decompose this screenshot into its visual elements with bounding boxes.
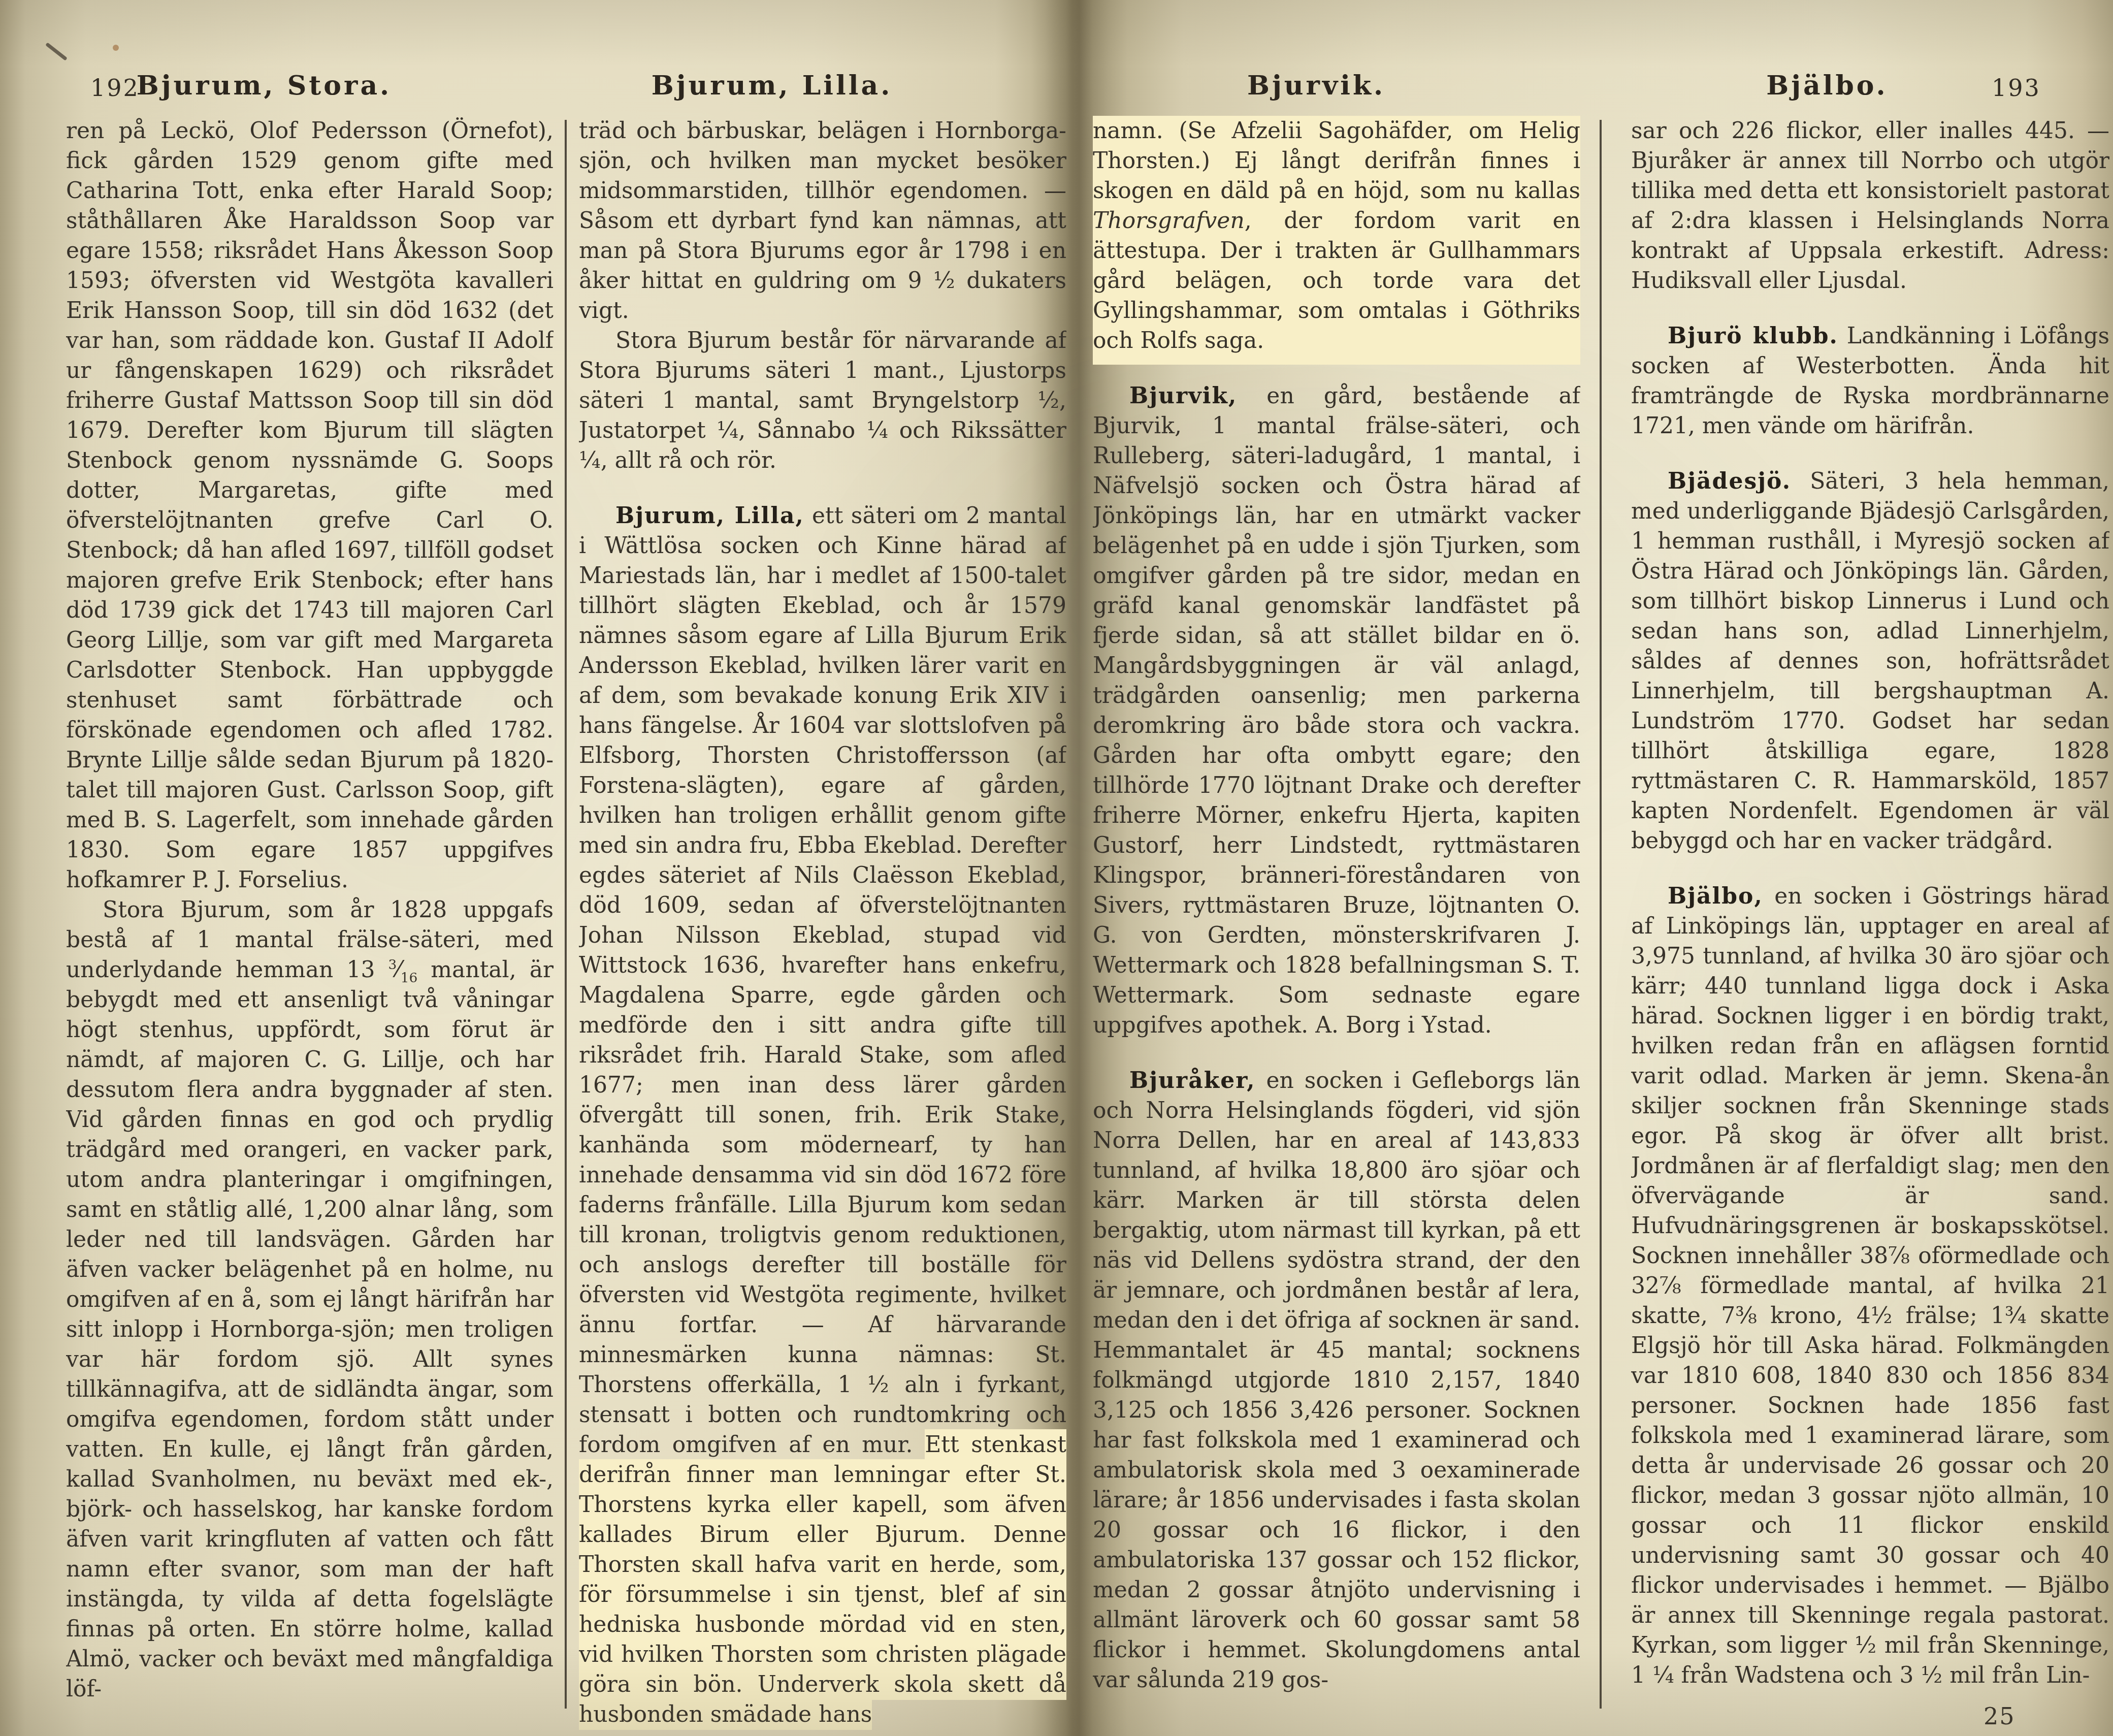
column-divider-left-page <box>565 120 567 1709</box>
entry-bjurum-stora-description: Stora Bjurum, som år 1828 uppgafs bestå … <box>66 895 554 1704</box>
entry-bjurum-stora-owners: ren på Leckö, Olof Pedersson (Örnefot), … <box>66 116 554 895</box>
entry-bjalbo: Bjälbo, en socken i Göstrings härad af L… <box>1631 881 2109 1690</box>
page-number-right: 193 <box>1992 74 2041 102</box>
text-column-4: sar och 226 flickor, eller inalles 445. … <box>1631 116 2109 1731</box>
column-divider-right-page <box>1600 120 1602 1709</box>
page-number-left: 192 <box>90 74 140 102</box>
entry-bjuraker-continuation: sar och 226 flickor, eller inalles 445. … <box>1631 116 2109 296</box>
pen-mark <box>45 42 68 60</box>
text-column-2: träd och bärbuskar, belägen i Hornborga-… <box>579 116 1066 1731</box>
entry-bjurum-lilla-continuation-highlighted: namn. (Se Afzelii Sagohäfder, om Helig T… <box>1093 116 1580 356</box>
running-head-bjalbo: Bjälbo. <box>1766 70 1888 101</box>
entry-bjadesjo: Bjädesjö. Säteri, 3 hela hemman, med und… <box>1631 466 2109 856</box>
entry-bjurum-stora-composition: Stora Bjurum består för närvarande af St… <box>579 326 1066 475</box>
text-column-1: ren på Leckö, Olof Pedersson (Örnefot), … <box>66 116 554 1731</box>
entry-bjurum-lilla: Bjurum, Lilla, ett säteri om 2 mantal i … <box>579 501 1066 1729</box>
highlight-thorsten-legend: Ett stenkast derifrån finner man lemning… <box>579 1429 1066 1730</box>
entry-bjuro-klubb: Bjurö klubb. Landkänning i Löfångs socke… <box>1631 321 2109 441</box>
running-head-bjurum-stora: Bjurum, Stora. <box>137 70 392 101</box>
entry-bjurvik: Bjurvik, en gård, bestående af Bjurvik, … <box>1093 381 1580 1040</box>
text-column-3: namn. (Se Afzelii Sagohäfder, om Helig T… <box>1093 116 1580 1731</box>
signature-mark: 25 <box>1984 1702 2016 1730</box>
entry-bjurum-stora-continuation: träd och bärbuskar, belägen i Hornborga-… <box>579 116 1066 326</box>
entry-bjuraker: Bjuråker, en socken i Gefleborgs län och… <box>1093 1066 1580 1695</box>
running-head-bjurvik: Bjurvik. <box>1247 70 1385 101</box>
paper-speck <box>113 45 119 51</box>
running-head-bjurum-lilla: Bjurum, Lilla. <box>652 70 893 101</box>
book-page-spread: 192 Bjurum, Stora. Bjurum, Lilla. Bjurvi… <box>0 0 2113 1736</box>
